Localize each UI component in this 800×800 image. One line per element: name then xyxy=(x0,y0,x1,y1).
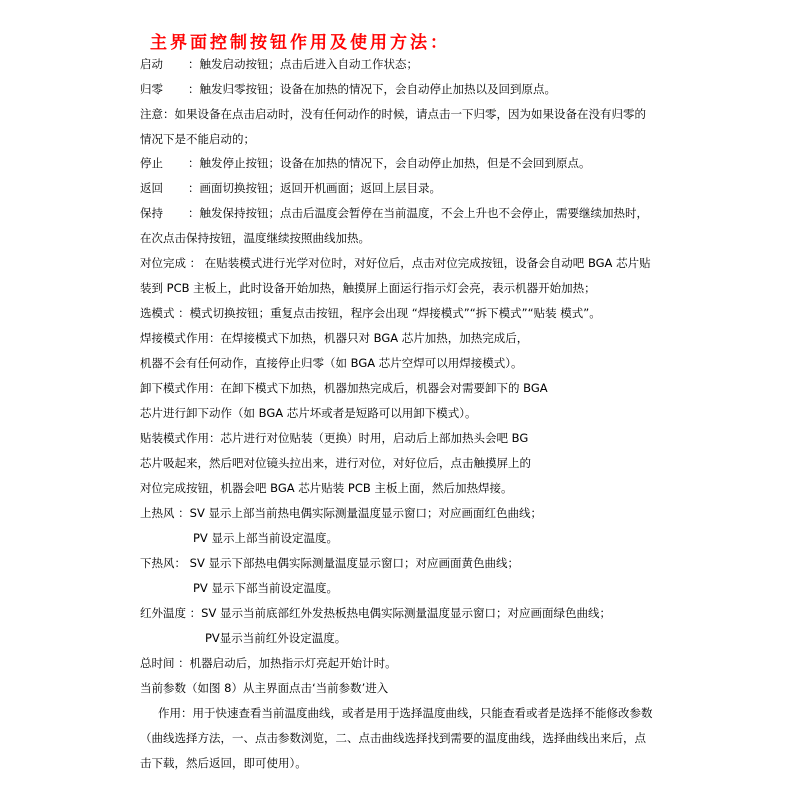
line-text: ：触发保持按钮；点击后温度会暂停在当前温度，不会上升也不会停止，需要继续加热时， xyxy=(188,206,648,220)
text-line: 启动：触发启动按钮；点击后进入自动工作状态； xyxy=(140,57,418,71)
text-line: 焊接模式作用：在焊接模式下加热，机器只对 BGA 芯片加热，加热完成后， xyxy=(140,331,528,345)
text-line: 停止：触发停止按钮；设备在加热的情况下，会自动停止加热，但是不会回到原点。 xyxy=(140,156,591,170)
text-line: 当前参数（如图 8）从主界面点击‘当前参数’进入 xyxy=(140,681,388,695)
line-text: 上热风 ：SV 显示上部当前热电偶实际测量温度显示窗口；对应画面红色曲线； xyxy=(140,506,542,520)
line-text: PV 显示下部当前设定温度。 xyxy=(193,581,338,595)
line-text: ：触发启动按钮；点击后进入自动工作状态； xyxy=(188,57,418,71)
line-text: ：触发归零按钮；设备在加热的情况下，会自动停止加热以及回到原点。 xyxy=(188,82,556,96)
text-line: PV 显示上部当前设定温度。 xyxy=(193,531,338,545)
line-text: PV 显示上部当前设定温度。 xyxy=(193,531,338,545)
line-text: 机器不会有任何动作，直接停止归零（如 BGA 芯片空焊可以用焊接模式）。 xyxy=(140,356,523,370)
line-text: 情况下是不能启动的； xyxy=(140,132,255,146)
text-line: 对位完成 ： 在贴装模式进行光学对位时，对好位后，点击对位完成按钮，设备会自动吧… xyxy=(140,256,651,270)
text-line: 卸下模式作用：在卸下模式下加热，机器加热完成后，机器会对需要卸下的 BGA xyxy=(140,381,548,395)
line-text: 装到 PCB 主板上，此时设备开始加热，触摸屏上面运行指示灯会亮，表示机器开始加… xyxy=(140,281,596,295)
line-text: 卸下模式作用：在卸下模式下加热，机器加热完成后，机器会对需要卸下的 BGA xyxy=(140,381,548,395)
text-line: 作用：用于快速查看当前温度曲线，或者是用于选择温度曲线，只能查看或者是选择不能修… xyxy=(158,706,653,720)
line-label: 归零 xyxy=(140,82,188,96)
line-label: 保持 xyxy=(140,206,188,220)
text-line: 贴装模式作用：芯片进行对位贴装（更换）时用，启动后上部加热头会吧 BG xyxy=(140,431,528,445)
line-text: 当前参数（如图 8）从主界面点击‘当前参数’进入 xyxy=(140,681,388,695)
text-line: 归零：触发归零按钮；设备在加热的情况下，会自动停止加热以及回到原点。 xyxy=(140,82,556,96)
text-line: 注意：如果设备在点击启动时，没有任何动作的时候，请点击一下归零，因为如果设备在没… xyxy=(140,107,646,121)
line-text: 芯片进行卸下动作（如 BGA 芯片坏或者是短路可以用卸下模式）。 xyxy=(140,406,477,420)
text-line: 芯片吸起来，然后吧对位镜头拉出来，进行对位，对好位后，点击触摸屏上的 xyxy=(140,456,531,470)
line-text: 对位完成 ： 在贴装模式进行光学对位时，对好位后，点击对位完成按钮，设备会自动吧… xyxy=(140,256,651,270)
text-line: 击下载，然后返回，即可使用）。 xyxy=(140,756,307,770)
line-text: 焊接模式作用：在焊接模式下加热，机器只对 BGA 芯片加热，加热完成后， xyxy=(140,331,528,345)
text-line: 装到 PCB 主板上，此时设备开始加热，触摸屏上面运行指示灯会亮，表示机器开始加… xyxy=(140,281,596,295)
line-text: 在次点击保持按钮，温度继续按照曲线加热。 xyxy=(140,231,370,245)
line-text: 下热风： SV 显示下部热电偶实际测量温度显示窗口；对应画面黄色曲线； xyxy=(140,556,519,570)
text-line: 在次点击保持按钮，温度继续按照曲线加热。 xyxy=(140,231,370,245)
text-line: 下热风： SV 显示下部热电偶实际测量温度显示窗口；对应画面黄色曲线； xyxy=(140,556,519,570)
text-line: （曲线选择方法，一、点击参数浏览，二、点击曲线选择找到需要的温度曲线，选择曲线出… xyxy=(140,731,646,745)
text-line: 选模式 ：模式切换按钮；重复点击按钮，程序会出现 “焊接模式”“拆下模式”“贴装… xyxy=(140,306,601,320)
page-title: 主界面控制按钮作用及使用方法： xyxy=(150,28,450,53)
line-text: （曲线选择方法，一、点击参数浏览，二、点击曲线选择找到需要的温度曲线，选择曲线出… xyxy=(140,731,646,745)
line-text: 选模式 ：模式切换按钮；重复点击按钮，程序会出现 “焊接模式”“拆下模式”“贴装… xyxy=(140,306,601,320)
line-text: 注意：如果设备在点击启动时，没有任何动作的时候，请点击一下归零，因为如果设备在没… xyxy=(140,107,646,121)
line-text: 总时间 ：机器启动后，加热指示灯亮起开始计时。 xyxy=(140,656,397,670)
text-line: 红外温度 ：SV 显示当前底部红外发热板热电偶实际测量温度显示窗口；对应画面绿色… xyxy=(140,606,611,620)
text-line: 保持：触发保持按钮；点击后温度会暂停在当前温度，不会上升也不会停止，需要继续加热… xyxy=(140,206,648,220)
text-line: 芯片进行卸下动作（如 BGA 芯片坏或者是短路可以用卸下模式）。 xyxy=(140,406,477,420)
text-line: 机器不会有任何动作，直接停止归零（如 BGA 芯片空焊可以用焊接模式）。 xyxy=(140,356,523,370)
text-line: 对位完成按钮，机器会吧 BGA 芯片贴装 PCB 主板上面，然后加热焊接。 xyxy=(140,481,512,495)
line-label: 启动 xyxy=(140,57,188,71)
text-line: 总时间 ：机器启动后，加热指示灯亮起开始计时。 xyxy=(140,656,397,670)
line-text: ：触发停止按钮；设备在加热的情况下，会自动停止加热，但是不会回到原点。 xyxy=(188,156,591,170)
text-line: 返回：画面切换按钮；返回开机画面；返回上层目录。 xyxy=(140,181,441,195)
text-line: 上热风 ：SV 显示上部当前热电偶实际测量温度显示窗口；对应画面红色曲线； xyxy=(140,506,542,520)
line-label: 停止 xyxy=(140,156,188,170)
line-text: 击下载，然后返回，即可使用）。 xyxy=(140,756,307,770)
line-label: 返回 xyxy=(140,181,188,195)
text-line: PV 显示下部当前设定温度。 xyxy=(193,581,338,595)
text-line: PV显示当前红外设定温度。 xyxy=(205,631,346,645)
line-text: 贴装模式作用：芯片进行对位贴装（更换）时用，启动后上部加热头会吧 BG xyxy=(140,431,528,445)
line-text: 对位完成按钮，机器会吧 BGA 芯片贴装 PCB 主板上面，然后加热焊接。 xyxy=(140,481,512,495)
line-text: 作用：用于快速查看当前温度曲线，或者是用于选择温度曲线，只能查看或者是选择不能修… xyxy=(158,706,653,720)
line-text: 芯片吸起来，然后吧对位镜头拉出来，进行对位，对好位后，点击触摸屏上的 xyxy=(140,456,531,470)
line-text: ：画面切换按钮；返回开机画面；返回上层目录。 xyxy=(188,181,441,195)
text-line: 情况下是不能启动的； xyxy=(140,132,255,146)
line-text: PV显示当前红外设定温度。 xyxy=(205,631,346,645)
line-text: 红外温度 ：SV 显示当前底部红外发热板热电偶实际测量温度显示窗口；对应画面绿色… xyxy=(140,606,611,620)
